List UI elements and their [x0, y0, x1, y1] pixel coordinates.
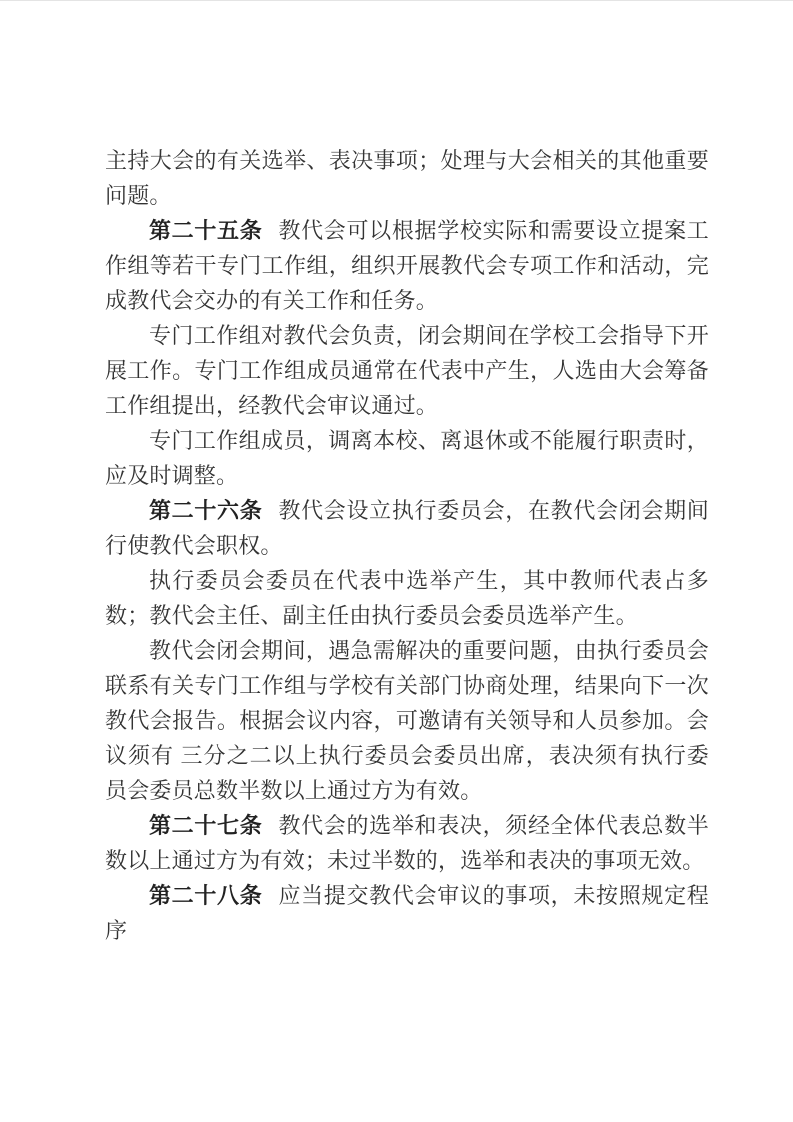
- paragraph: 主持大会的有关选举、表决事项；处理与大会相关的其他重要问题。: [105, 143, 709, 213]
- paragraph-text: 执行委员会委员在代表中选举产生，其中教师代表占多数；教代会主任、副主任由执行委员…: [105, 568, 709, 628]
- paragraph: 专门工作组对教代会负责，闭会期间在学校工会指导下开展工作。专门工作组成员通常在代…: [105, 318, 709, 423]
- document-body: 主持大会的有关选举、表决事项；处理与大会相关的其他重要问题。第二十五条教代会可以…: [105, 143, 709, 948]
- paragraph-text: 专门工作组成员，调离本校、离退休或不能履行职责时，应及时调整。: [105, 428, 709, 488]
- article-number: 第二十六条: [149, 498, 262, 523]
- article-paragraph: 第二十五条教代会可以根据学校实际和需要设立提案工作组等若干专门工作组，组织开展教…: [105, 213, 709, 318]
- paragraph: 教代会闭会期间，遇急需解决的重要问题，由执行委员会联系有关专门工作组与学校有关部…: [105, 633, 709, 808]
- article-paragraph: 第二十六条教代会设立执行委员会，在教代会闭会期间行使教代会职权。: [105, 493, 709, 563]
- article-paragraph: 第二十七条教代会的选举和表决，须经全体代表总数半数以上通过方为有效；未过半数的，…: [105, 808, 709, 878]
- article-number: 第二十五条: [149, 218, 262, 243]
- document-page: 主持大会的有关选举、表决事项；处理与大会相关的其他重要问题。第二十五条教代会可以…: [0, 0, 793, 1122]
- paragraph-text: 主持大会的有关选举、表决事项；处理与大会相关的其他重要问题。: [105, 148, 709, 208]
- article-number: 第二十七条: [149, 813, 262, 838]
- paragraph: 专门工作组成员，调离本校、离退休或不能履行职责时，应及时调整。: [105, 423, 709, 493]
- paragraph-text: 专门工作组对教代会负责，闭会期间在学校工会指导下开展工作。专门工作组成员通常在代…: [105, 323, 709, 418]
- paragraph-text: 教代会闭会期间，遇急需解决的重要问题，由执行委员会联系有关专门工作组与学校有关部…: [105, 638, 709, 803]
- page-top-border: [0, 0, 793, 1]
- article-number: 第二十八条: [149, 883, 262, 908]
- paragraph: 执行委员会委员在代表中选举产生，其中教师代表占多数；教代会主任、副主任由执行委员…: [105, 563, 709, 633]
- article-paragraph: 第二十八条应当提交教代会审议的事项，未按照规定程序: [105, 878, 709, 948]
